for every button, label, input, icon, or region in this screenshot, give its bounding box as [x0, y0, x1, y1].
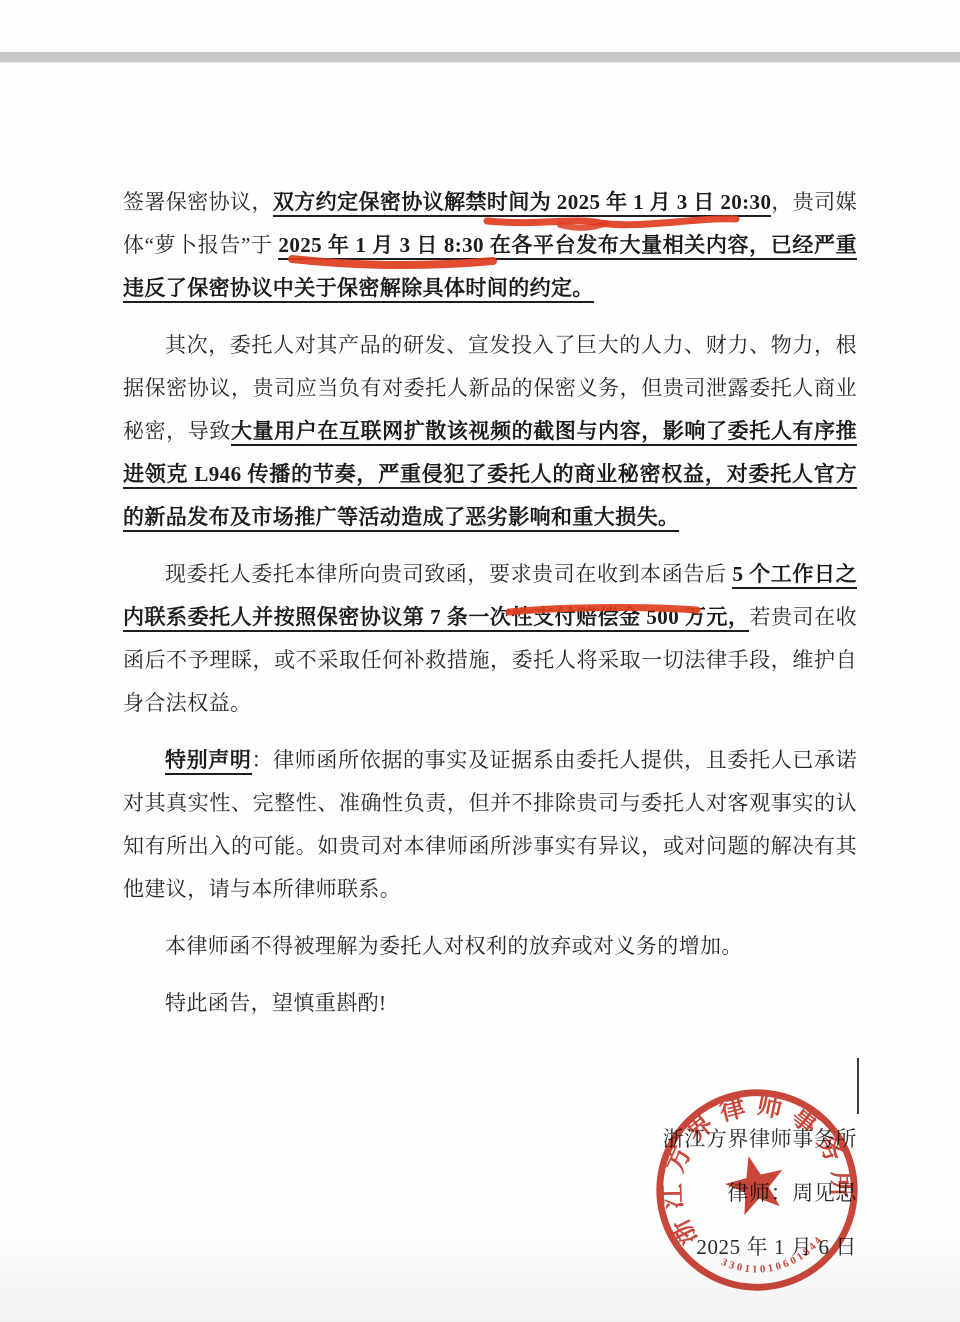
paragraph-confidentiality-breach: 签署保密协议，双方约定保密协议解禁时间为 2025 年 1 月 3 日 20:3… [123, 181, 857, 310]
signature-firm: 浙江方界律师事务所 [663, 1112, 857, 1166]
signature-block: 浙江方界律师事务所 律师：周见思 2025 年 1 月 6 日 [663, 1112, 857, 1274]
page-separator [0, 52, 960, 62]
paragraph-closing: 特此函告，望慎重斟酌! [123, 982, 857, 1025]
text-segment-bold-underline: 特别声明 [165, 748, 252, 775]
stray-vertical-line [857, 1058, 859, 1114]
paragraph-demand: 现委托人委托本律所向贵司致函，要求贵司在收到本函告后 5 个工作日之内联系委托人… [123, 553, 857, 725]
paragraph-damage-description: 其次，委托人对其产品的研发、宣发投入了巨大的人力、财力、物力，根据保密协议，贵司… [123, 324, 857, 539]
text-segment-bold-underline: 大量用户在互联网扩散该视频的截图与内容，影响了委托人有序推进领克 L946 传播… [123, 419, 857, 532]
paragraph-special-statement: 特别声明：律师函所依据的事实及证据系由委托人提供，且委托人已承诺对其真实性、完整… [123, 739, 857, 911]
signature-date: 2025 年 1 月 6 日 [663, 1220, 857, 1274]
letter-body: 签署保密协议，双方约定保密协议解禁时间为 2025 年 1 月 3 日 20:3… [123, 181, 857, 1039]
text-segment-bold-underline: 双方约定保密协议解禁时间为 2025 年 1 月 3 日 20:30 [273, 190, 772, 217]
text-segment: 本律师函不得被理解为委托人对权利的放弃或对义务的增加。 [165, 934, 743, 958]
document-page: 签署保密协议，双方约定保密协议解禁时间为 2025 年 1 月 3 日 20:3… [0, 0, 960, 1322]
text-segment: 现委托人委托本律所向贵司致函，要求贵司在收到本函告后 [165, 562, 732, 586]
text-segment: 签署保密协议， [123, 190, 273, 214]
paragraph-disclaimer: 本律师函不得被理解为委托人对权利的放弃或对义务的增加。 [123, 925, 857, 968]
signature-lawyer: 律师：周见思 [663, 1166, 857, 1220]
text-segment: 特此函告，望慎重斟酌! [165, 991, 386, 1015]
